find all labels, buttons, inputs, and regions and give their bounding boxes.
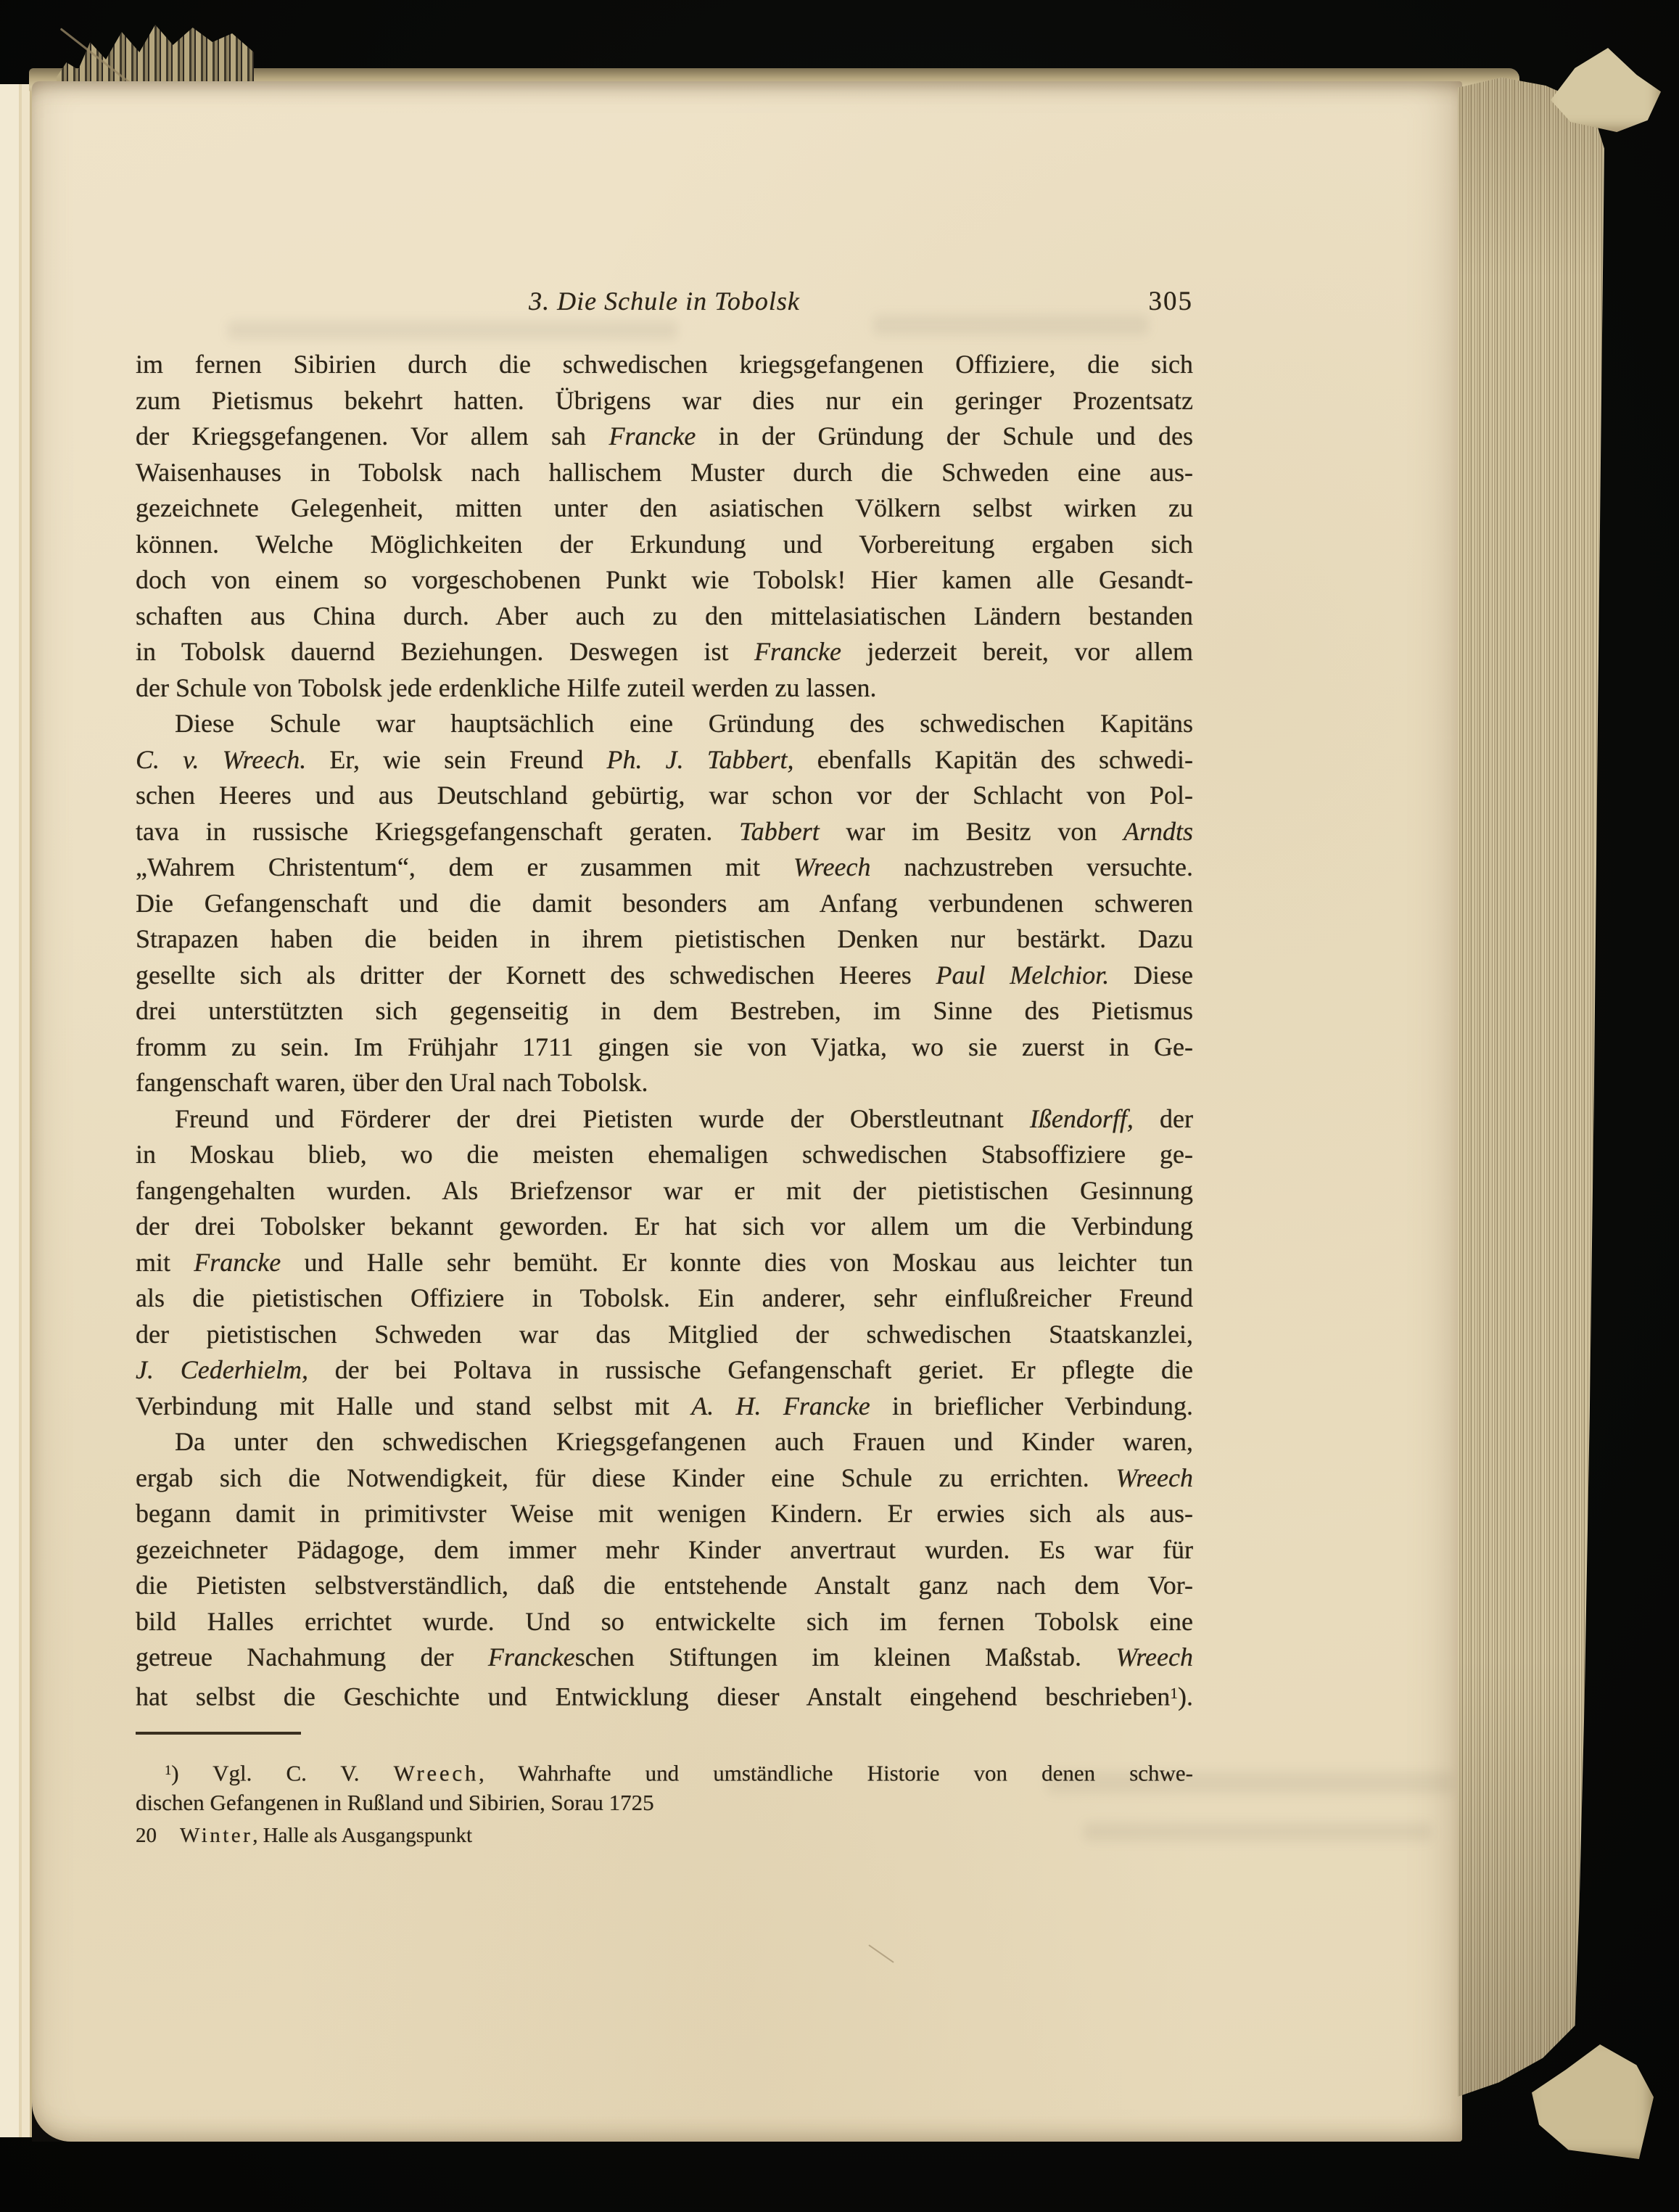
text-line: fangengehalten wurden. Als Briefzensor w… [136,1173,1193,1209]
paragraph: Da unter den schwedischen Kriegsgefangen… [136,1424,1193,1715]
fore-edge-pages [1458,75,1604,2107]
text-line: tava in russische Kriegsgefangenschaft g… [136,814,1193,850]
text-line: gezeichnete Gelegenheit, mitten unter de… [136,490,1193,527]
text-line: Die Gefangenschaft und die damit besonde… [136,886,1193,922]
footnote-separator [136,1732,301,1735]
facing-page-edge [0,84,32,2137]
text-line: drei unterstützten sich gegenseitig in d… [136,993,1193,1029]
page-scratch [868,1944,894,1963]
running-head-title: 3. Die Schule in Tobolsk [136,286,1193,316]
text-line: begann damit in primitivster Weise mit w… [136,1496,1193,1532]
text-line: Freund und Förderer der drei Pietisten w… [136,1101,1193,1138]
text-line: dischen Gefangenen in Rußland und Sibiri… [136,1788,1193,1817]
text-line: Verbindung mit Halle und stand selbst mi… [136,1389,1193,1425]
text-line: zum Pietismus bekehrt hatten. Übrigens w… [136,383,1193,419]
text-line: doch von einem so vorgeschobenen Punkt w… [136,562,1193,599]
footnote: 1) Vgl. C. V. Wreech, Wahrhafte und umst… [136,1756,1193,1817]
frayed-headband-cloth [57,17,254,90]
text-line: können. Welche Möglichkeiten der Erkundu… [136,527,1193,563]
footnote-lines: 1) Vgl. C. V. Wreech, Wahrhafte und umst… [136,1756,1193,1817]
text-line: gezeichneter Pädagoge, dem immer mehr Ki… [136,1532,1193,1568]
text-line: fangenschaft waren, über den Ural nach T… [136,1065,1193,1101]
paragraph: im fernen Sibirien durch die schwedische… [136,347,1193,706]
signature-text: Winter, Halle als Ausgangspunkt [180,1824,472,1847]
text-line: schen Heeres und aus Deutschland gebürti… [136,778,1193,814]
text-line: der Schule von Tobolsk jede erdenkliche … [136,670,1193,707]
text-line: C. v. Wreech. Er, wie sein Freund Ph. J.… [136,742,1193,778]
text-line: Diese Schule war hauptsächlich eine Grün… [136,706,1193,742]
paragraph: Freund und Förderer der drei Pietisten w… [136,1101,1193,1425]
text-line: schaften aus China durch. Aber auch zu d… [136,599,1193,635]
page-header: 3. Die Schule in Tobolsk 305 [136,286,1193,322]
text-line: fromm zu sein. Im Frühjahr 1711 gingen s… [136,1029,1193,1066]
text-line: 1) Vgl. C. V. Wreech, Wahrhafte und umst… [136,1756,1193,1788]
text-line: ergab sich die Notwendigkeit, für diese … [136,1460,1193,1497]
text-line: als die pietistischen Offiziere in Tobol… [136,1280,1193,1317]
text-line: gesellte sich als dritter der Kornett de… [136,958,1193,994]
text-line: J. Cederhielm, der bei Poltava in russis… [136,1352,1193,1389]
text-line: Strapazen haben die beiden in ihrem piet… [136,921,1193,958]
text-line: Da unter den schwedischen Kriegsgefangen… [136,1424,1193,1460]
text-line: in Tobolsk dauernd Beziehungen. Deswegen… [136,634,1193,670]
text-line: die Pietisten selbstverständlich, daß di… [136,1568,1193,1604]
torn-paper-bottom-right [1532,2044,1654,2159]
printer-signature-line: 20Winter, Halle als Ausgangspunkt [136,1822,1193,1849]
body-text: im fernen Sibirien durch die schwedische… [136,347,1193,1715]
text-line: „Wahrem Christentum“, dem er zusammen mi… [136,850,1193,886]
text-line: der drei Tobolsker bekannt geworden. Er … [136,1209,1193,1245]
text-line: in Moskau blieb, wo die meisten ehemalig… [136,1137,1193,1173]
text-line: der pietistischen Schweden war das Mitgl… [136,1317,1193,1353]
signature-number: 20 [136,1824,157,1847]
text-line: hat selbst die Geschichte und Entwicklun… [136,1676,1193,1715]
page-number: 305 [1149,286,1194,317]
page-smudge [228,321,677,340]
book-page: 3. Die Schule in Tobolsk 305 im fernen S… [32,81,1462,2142]
scanned-book-photo: 3. Die Schule in Tobolsk 305 im fernen S… [0,0,1679,2212]
text-line: der Kriegsgefangenen. Vor allem sah Fran… [136,419,1193,455]
paragraph: Diese Schule war hauptsächlich eine Grün… [136,706,1193,1101]
text-line: bild Halles errichtet wurde. Und so entw… [136,1604,1193,1640]
text-line: Waisenhauses in Tobolsk nach hallischem … [136,455,1193,491]
text-line: getreue Nachahmung der Franckeschen Stif… [136,1640,1193,1676]
text-line: mit Francke und Halle sehr bemüht. Er ko… [136,1245,1193,1281]
text-line: im fernen Sibirien durch die schwedische… [136,347,1193,383]
